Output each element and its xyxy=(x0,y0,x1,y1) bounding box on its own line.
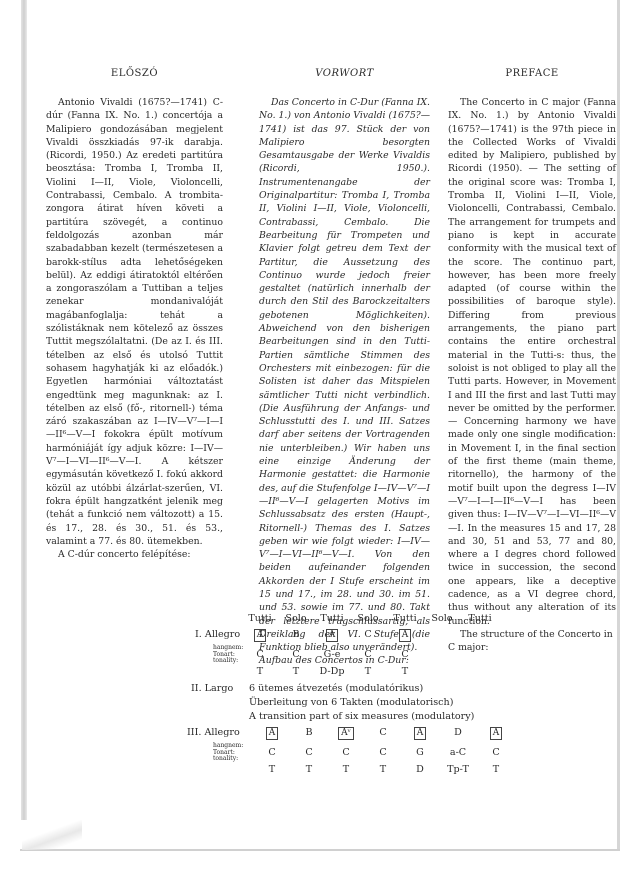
theme-boxed: A xyxy=(414,727,427,740)
heading-german: VORWORT xyxy=(259,68,430,79)
structure-intro: The structure of the Concerto in C major… xyxy=(448,628,616,655)
scan-edge-bottom xyxy=(20,849,620,851)
key: C xyxy=(471,747,521,758)
header-cell: Tutti xyxy=(455,613,505,624)
page-curl xyxy=(22,820,82,850)
column-hungarian: Antonio Vivaldi (1675?—1741) C-dúr (Fann… xyxy=(46,96,223,561)
theme-boxed: A xyxy=(254,629,267,642)
transition-hu: 6 ütemes átvezetés (modulatórikus) xyxy=(249,683,423,694)
scan-edge-right xyxy=(617,0,620,850)
theme-boxed: A xyxy=(490,727,503,740)
function: T xyxy=(380,666,430,677)
structure-intro: A C-dúr concerto felépítése: xyxy=(46,548,223,561)
key: C xyxy=(380,649,430,660)
movement-3-title: III. Allegro xyxy=(187,727,240,738)
transition-en: A transition part of six measures (modul… xyxy=(249,711,474,722)
paragraph: Das Concerto in C-Dur (Fanna IX. No. 1.)… xyxy=(259,96,430,654)
column-english: The Concerto in C major (Fanna IX. No. 1… xyxy=(448,96,616,654)
heading-hungarian: ELŐSZÓ xyxy=(46,68,223,79)
theme-boxed: A xyxy=(266,727,279,740)
theme-boxed: Aᵛ xyxy=(338,727,354,740)
column-german: Das Concerto in C-Dur (Fanna IX. No. 1.)… xyxy=(259,96,430,668)
key-label-en: tonality: xyxy=(213,756,243,763)
scan-edge-left xyxy=(21,0,27,820)
paragraph: The Concerto in C major (Fanna IX. No. 1… xyxy=(448,96,616,628)
paragraph: Antonio Vivaldi (1675?—1741) C-dúr (Fann… xyxy=(46,96,223,548)
key-label: hangnem: Tonart: tonality: xyxy=(213,743,243,763)
transition-de: Überleitung von 6 Takten (modulatorisch) xyxy=(249,697,453,708)
movement-2-title: II. Largo xyxy=(191,683,233,694)
heading-english: PREFACE xyxy=(448,68,616,79)
theme-boxed: A xyxy=(326,629,339,642)
movement-1-title: I. Allegro xyxy=(195,629,240,640)
theme-boxed: A xyxy=(399,629,412,642)
function: T xyxy=(471,764,521,775)
